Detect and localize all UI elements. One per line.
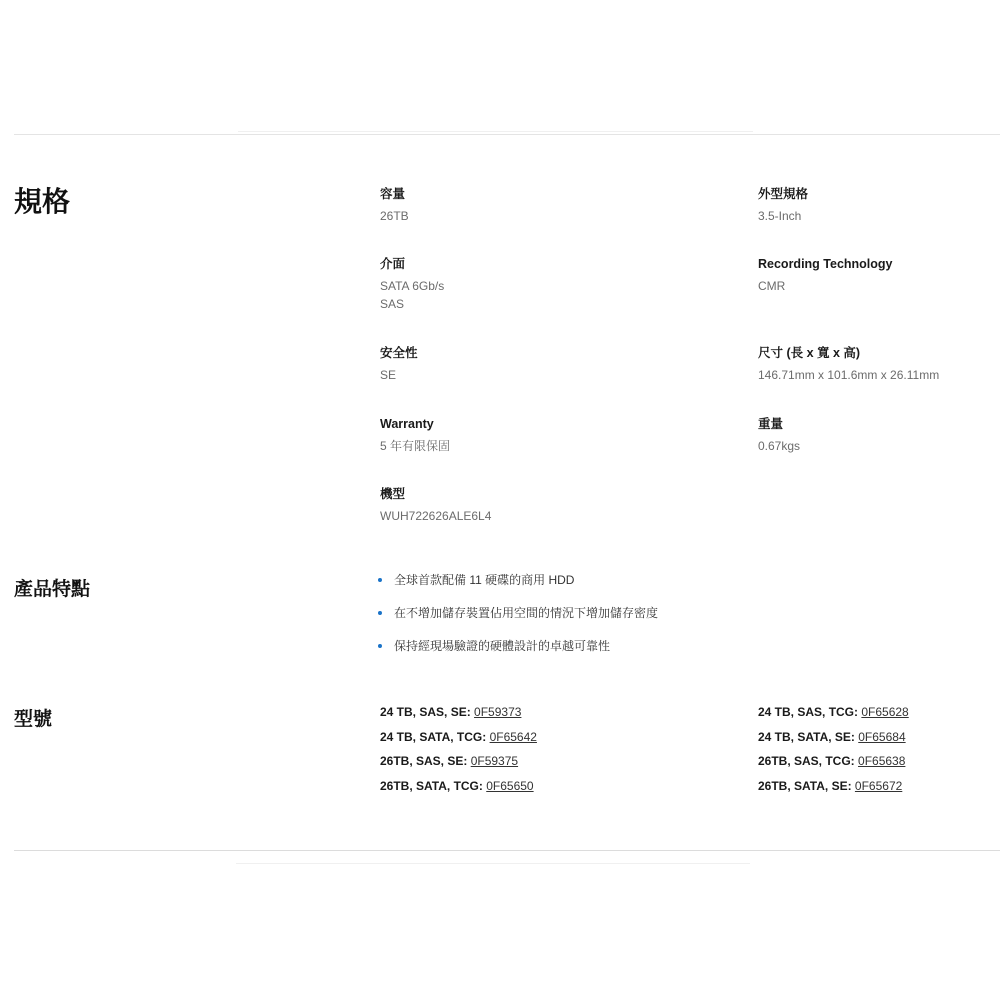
bottom-divider-faint <box>236 863 750 864</box>
bullet-icon <box>378 611 382 615</box>
spec-label: 安全性 <box>380 345 418 361</box>
model-item: 24 TB, SAS, SE: 0F59373 <box>380 704 537 729</box>
spec-label: 容量 <box>380 186 409 202</box>
bottom-divider <box>14 850 1000 851</box>
spec-value: 3.5-Inch <box>758 207 808 225</box>
model-desc: 24 TB, SATA, SE: <box>758 730 855 744</box>
part-number-link[interactable]: 0F65638 <box>858 754 905 768</box>
model-desc: 26TB, SAS, SE: <box>380 754 467 768</box>
specs-section-title: 規格 <box>14 180 70 220</box>
model-item: 24 TB, SAS, TCG: 0F65628 <box>758 704 909 729</box>
spec-form-factor: 外型規格 3.5-Inch <box>758 186 808 225</box>
part-number-link[interactable]: 0F59375 <box>471 754 518 768</box>
model-item: 24 TB, SATA, TCG: 0F65642 <box>380 729 537 754</box>
spec-label: Warranty <box>380 416 450 432</box>
feature-item: 保持經現場驗證的硬體設計的卓越可靠性 <box>378 638 658 671</box>
model-item: 26TB, SATA, SE: 0F65672 <box>758 778 909 803</box>
model-desc: 26TB, SAS, TCG: <box>758 754 855 768</box>
part-number-link[interactable]: 0F59373 <box>474 705 521 719</box>
spec-label: 外型規格 <box>758 186 808 202</box>
model-desc: 24 TB, SAS, TCG: <box>758 705 858 719</box>
model-item: 24 TB, SATA, SE: 0F65684 <box>758 729 909 754</box>
top-divider-faint <box>238 131 753 132</box>
model-item: 26TB, SAS, SE: 0F59375 <box>380 753 537 778</box>
part-number-link[interactable]: 0F65628 <box>861 705 908 719</box>
bullet-icon <box>378 578 382 582</box>
model-desc: 26TB, SATA, TCG: <box>380 779 483 793</box>
model-desc: 24 TB, SAS, SE: <box>380 705 471 719</box>
models-list-right: 24 TB, SAS, TCG: 0F65628 24 TB, SATA, SE… <box>758 704 909 802</box>
spec-dimensions: 尺寸 (長 x 寬 x 高) 146.71mm x 101.6mm x 26.1… <box>758 345 939 384</box>
models-section-title: 型號 <box>14 704 52 731</box>
spec-value: 26TB <box>380 207 409 225</box>
part-number-link[interactable]: 0F65650 <box>486 779 533 793</box>
spec-value: WUH722626ALE6L4 <box>380 507 491 525</box>
spec-warranty: Warranty 5 年有限保固 <box>380 416 450 455</box>
spec-label: Recording Technology <box>758 256 893 272</box>
spec-interface: 介面 SATA 6Gb/s SAS <box>380 256 444 313</box>
spec-capacity: 容量 26TB <box>380 186 409 225</box>
models-list-left: 24 TB, SAS, SE: 0F59373 24 TB, SATA, TCG… <box>380 704 537 802</box>
features-section-title: 產品特點 <box>14 574 90 601</box>
feature-text: 在不增加儲存裝置佔用空間的情況下增加儲存密度 <box>394 606 658 620</box>
spec-label: 尺寸 (長 x 寬 x 高) <box>758 345 939 361</box>
spec-recording-technology: Recording Technology CMR <box>758 256 893 295</box>
feature-text: 全球首款配備 11 硬碟的商用 HDD <box>394 573 574 587</box>
model-desc: 24 TB, SATA, TCG: <box>380 730 486 744</box>
part-number-link[interactable]: 0F65672 <box>855 779 902 793</box>
spec-value: SAS <box>380 295 444 313</box>
model-desc: 26TB, SATA, SE: <box>758 779 852 793</box>
spec-label: 機型 <box>380 486 491 502</box>
features-list: 全球首款配備 11 硬碟的商用 HDD 在不增加儲存裝置佔用空間的情況下增加儲存… <box>378 572 658 671</box>
bullet-icon <box>378 644 382 648</box>
spec-value: CMR <box>758 277 893 295</box>
spec-label: 重量 <box>758 416 800 432</box>
feature-item: 在不增加儲存裝置佔用空間的情況下增加儲存密度 <box>378 605 658 638</box>
spec-value: SE <box>380 366 418 384</box>
spec-model-number: 機型 WUH722626ALE6L4 <box>380 486 491 525</box>
feature-text: 保持經現場驗證的硬體設計的卓越可靠性 <box>394 639 610 653</box>
model-item: 26TB, SAS, TCG: 0F65638 <box>758 753 909 778</box>
spec-security: 安全性 SE <box>380 345 418 384</box>
spec-value: SATA 6Gb/s <box>380 277 444 295</box>
part-number-link[interactable]: 0F65642 <box>490 730 537 744</box>
spec-value: 5 年有限保固 <box>380 437 450 455</box>
feature-item: 全球首款配備 11 硬碟的商用 HDD <box>378 572 658 605</box>
model-item: 26TB, SATA, TCG: 0F65650 <box>380 778 537 803</box>
part-number-link[interactable]: 0F65684 <box>858 730 905 744</box>
spec-label: 介面 <box>380 256 444 272</box>
spec-value: 0.67kgs <box>758 437 800 455</box>
spec-value: 146.71mm x 101.6mm x 26.11mm <box>758 366 939 384</box>
spec-weight: 重量 0.67kgs <box>758 416 800 455</box>
top-divider <box>14 134 1000 135</box>
